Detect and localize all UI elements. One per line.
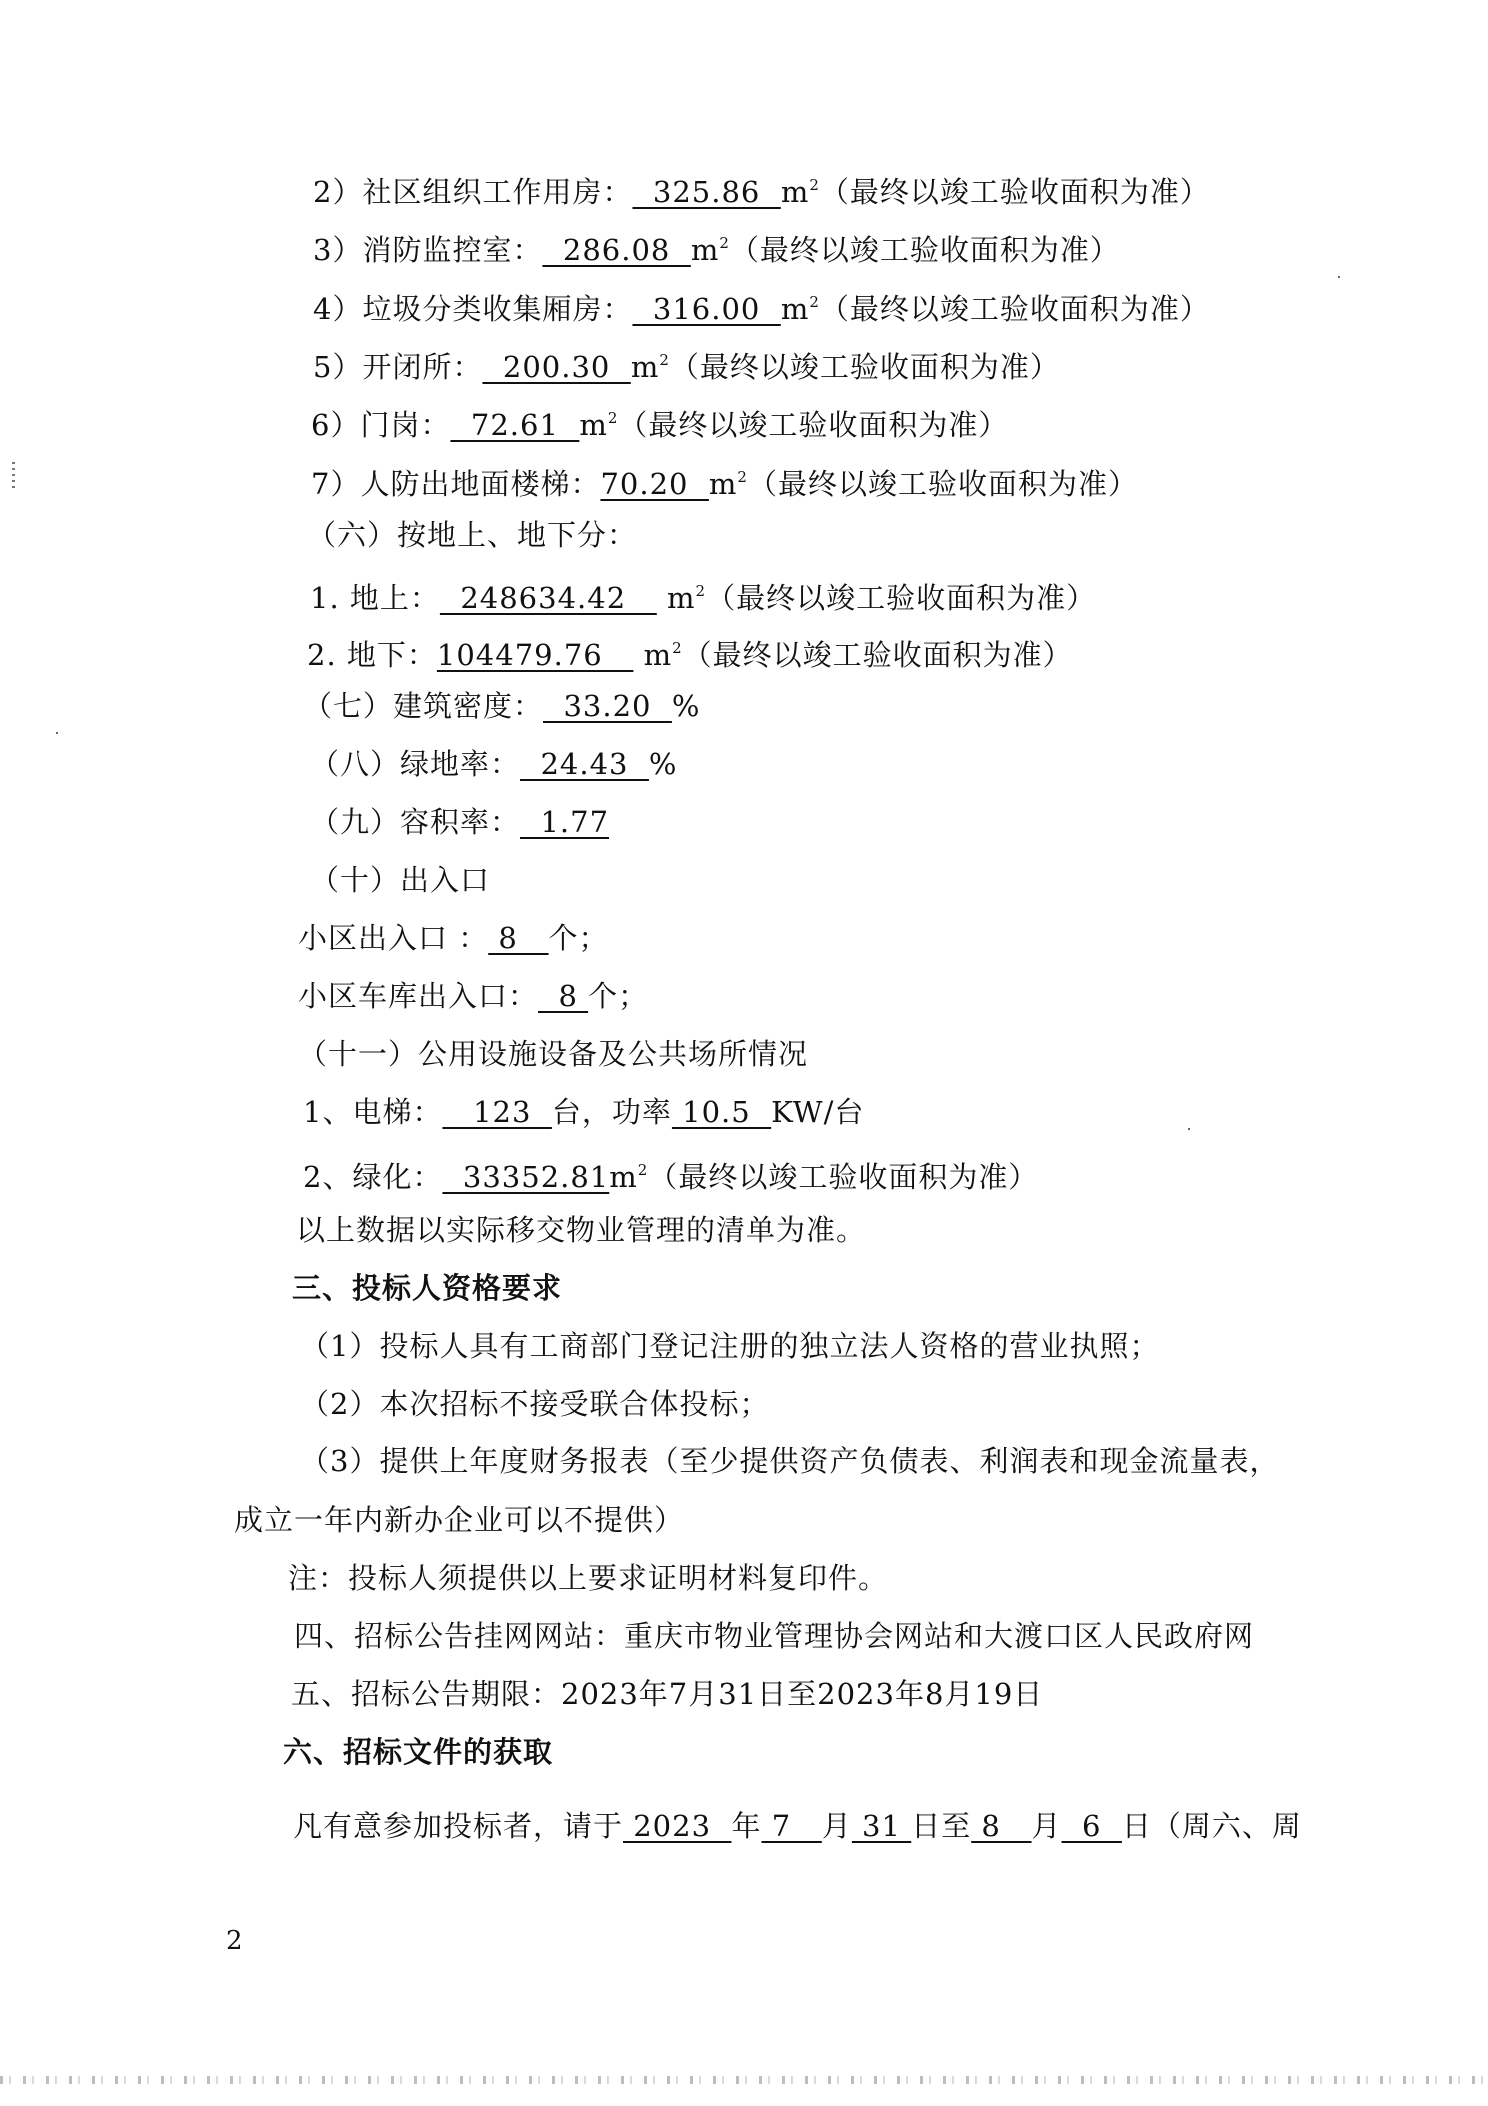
line-text: 7）人防出地面楼梯： bbox=[311, 467, 600, 501]
document-line: 凡有意参加投标者，请于 2023 年 7 月 31 日至 8 月 6 日（周六、… bbox=[293, 1806, 1302, 1846]
line-text: 小区出入口 ： bbox=[298, 921, 488, 955]
superscript: 2 bbox=[719, 234, 730, 252]
document-line: 3）消防监控室： 286.08 m2（最终以竣工验收面积为准） bbox=[313, 223, 1120, 263]
filled-value: 325.86 bbox=[632, 175, 780, 209]
line-text: （最终以竣工验收面积为准） bbox=[648, 1160, 1038, 1194]
scan-speck bbox=[1338, 276, 1340, 278]
line-text: 1、电梯： bbox=[303, 1095, 442, 1129]
filled-value: 72.61 bbox=[450, 408, 579, 442]
filled-value: 248634.42 bbox=[440, 581, 657, 615]
superscript: 2 bbox=[672, 639, 683, 657]
section-heading: 三、投标人资格要求 bbox=[292, 1268, 562, 1308]
line-text: （最终以竣工验收面积为准） bbox=[706, 581, 1096, 615]
line-text: 以上数据以实际移交物业管理的清单为准。 bbox=[296, 1213, 866, 1247]
line-text: m bbox=[691, 233, 720, 267]
document-line: （3）提供上年度财务报表（至少提供资产负债表、利润表和现金流量表， bbox=[300, 1441, 1279, 1481]
line-text: m bbox=[633, 638, 672, 672]
document-line: 2. 地下：104479.76 m2（最终以竣工验收面积为准） bbox=[307, 628, 1073, 668]
document-line: 5）开闭所： 200.30 m2（最终以竣工验收面积为准） bbox=[313, 340, 1060, 380]
line-text: 月 bbox=[822, 1809, 852, 1843]
line-text: m bbox=[709, 467, 738, 501]
line-text: 成立一年内新办企业可以不提供） bbox=[234, 1503, 684, 1537]
line-text: 台，功率 bbox=[552, 1095, 672, 1129]
line-text: 1. 地上： bbox=[310, 581, 440, 615]
document-line: （六）按地上、地下分： bbox=[307, 515, 637, 555]
line-text: 六、招标文件的获取 bbox=[283, 1735, 553, 1769]
line-text: （十）出入口 bbox=[310, 863, 490, 897]
filled-value: 6 bbox=[1062, 1809, 1122, 1843]
document-line: （七）建筑密度： 33.20 % bbox=[303, 686, 700, 726]
scan-margin-marks bbox=[12, 462, 15, 488]
line-text: （最终以竣工验收面积为准） bbox=[683, 638, 1073, 672]
document-line: （1）投标人具有工商部门登记注册的独立法人资格的营业执照； bbox=[300, 1326, 1159, 1366]
line-text: 3）消防监控室： bbox=[313, 233, 542, 267]
line-text: % bbox=[672, 689, 701, 723]
filled-value: 10.5 bbox=[672, 1095, 771, 1129]
page-number: 2 bbox=[226, 1926, 243, 1956]
document-line: （九）容积率： 1.77 bbox=[310, 802, 609, 842]
filled-value: 8 bbox=[971, 1809, 1031, 1843]
line-text: （十一）公用设施设备及公共场所情况 bbox=[298, 1037, 808, 1071]
line-text: 日至 bbox=[911, 1809, 971, 1843]
filled-value: 316.00 bbox=[632, 292, 780, 326]
document-line: （十一）公用设施设备及公共场所情况 bbox=[298, 1034, 808, 1074]
document-line: 小区出入口 ： 8 个； bbox=[298, 918, 609, 958]
filled-value: 33352.81 bbox=[442, 1160, 609, 1194]
line-text: 凡有意参加投标者，请于 bbox=[293, 1809, 623, 1843]
line-text: 三、投标人资格要求 bbox=[292, 1271, 562, 1305]
line-text: （3）提供上年度财务报表（至少提供资产负债表、利润表和现金流量表， bbox=[300, 1444, 1279, 1478]
filled-value: 1.77 bbox=[520, 805, 609, 839]
superscript: 2 bbox=[809, 176, 820, 194]
line-text: （八）绿地率： bbox=[310, 747, 520, 781]
document-line: （八）绿地率： 24.43 % bbox=[310, 744, 677, 784]
filled-value: 70.20 bbox=[600, 467, 708, 501]
line-text: （最终以竣工验收面积为准） bbox=[670, 350, 1060, 384]
line-text: m bbox=[631, 350, 660, 384]
document-line: （十）出入口 bbox=[310, 860, 490, 900]
line-text: 2）社区组织工作用房： bbox=[313, 175, 632, 209]
document-line: 6）门岗： 72.61 m2（最终以竣工验收面积为准） bbox=[311, 398, 1008, 438]
line-text: 2、绿化： bbox=[303, 1160, 442, 1194]
line-text: m bbox=[781, 175, 810, 209]
line-text: 日（周六、周 bbox=[1122, 1809, 1302, 1843]
filled-value: 200.30 bbox=[482, 350, 630, 384]
line-text: m bbox=[781, 292, 810, 326]
filled-value: 31 bbox=[852, 1809, 911, 1843]
document-line: 1、电梯： 123 台，功率 10.5 KW/台 bbox=[303, 1092, 864, 1132]
document-line: 四、招标公告挂网网站：重庆市物业管理协会网站和大渡口区人民政府网 bbox=[294, 1616, 1254, 1656]
line-text: （九）容积率： bbox=[310, 805, 520, 839]
line-text: KW/台 bbox=[771, 1095, 864, 1129]
line-text: （最终以竣工验收面积为准） bbox=[730, 233, 1120, 267]
section-heading: 六、招标文件的获取 bbox=[283, 1732, 553, 1772]
line-text: 2. 地下： bbox=[307, 638, 437, 672]
filled-value: 123 bbox=[442, 1095, 551, 1129]
line-text: （最终以竣工验收面积为准） bbox=[618, 408, 1008, 442]
document-line: 五、招标公告期限：2023年7月31日至2023年8月19日 bbox=[291, 1674, 1043, 1714]
line-text: m bbox=[609, 1160, 638, 1194]
document-line: 以上数据以实际移交物业管理的清单为准。 bbox=[296, 1210, 866, 1250]
line-text: （六）按地上、地下分： bbox=[307, 518, 637, 552]
scan-speck bbox=[1188, 1128, 1190, 1130]
filled-value: 7 bbox=[762, 1809, 822, 1843]
superscript: 2 bbox=[696, 582, 707, 600]
line-text: 月 bbox=[1032, 1809, 1062, 1843]
line-text: 小区车库出入口： bbox=[298, 979, 538, 1013]
superscript: 2 bbox=[638, 1161, 649, 1179]
document-line: 1. 地上： 248634.42 m2（最终以竣工验收面积为准） bbox=[310, 571, 1096, 611]
line-text: （1）投标人具有工商部门登记注册的独立法人资格的营业执照； bbox=[300, 1329, 1159, 1363]
line-text: （最终以竣工验收面积为准） bbox=[820, 175, 1210, 209]
line-text: （最终以竣工验收面积为准） bbox=[748, 467, 1138, 501]
line-text: 5）开闭所： bbox=[313, 350, 482, 384]
line-text: 五、招标公告期限：2023年7月31日至2023年8月19日 bbox=[291, 1677, 1043, 1711]
filled-value: 286.08 bbox=[542, 233, 690, 267]
document-page: 2）社区组织工作用房： 325.86 m2（最终以竣工验收面积为准）3）消防监控… bbox=[0, 0, 1488, 2106]
line-text: 4）垃圾分类收集厢房： bbox=[313, 292, 632, 326]
line-text: （2）本次招标不接受联合体投标； bbox=[300, 1387, 769, 1421]
line-text: 6）门岗： bbox=[311, 408, 450, 442]
filled-value: 33.20 bbox=[543, 689, 672, 723]
superscript: 2 bbox=[737, 468, 748, 486]
filled-value: 104479.76 bbox=[437, 638, 633, 672]
line-text: （七）建筑密度： bbox=[303, 689, 543, 723]
line-text: 个； bbox=[549, 921, 609, 955]
line-text: 年 bbox=[731, 1809, 761, 1843]
superscript: 2 bbox=[608, 409, 619, 427]
line-text: m bbox=[657, 581, 696, 615]
filled-value: 8 bbox=[488, 921, 548, 955]
superscript: 2 bbox=[809, 293, 820, 311]
scan-speck bbox=[56, 732, 58, 734]
superscript: 2 bbox=[659, 351, 670, 369]
document-line: 2）社区组织工作用房： 325.86 m2（最终以竣工验收面积为准） bbox=[313, 165, 1210, 205]
document-line: （2）本次招标不接受联合体投标； bbox=[300, 1384, 769, 1424]
scan-bottom-marks bbox=[0, 2076, 1488, 2084]
line-text: 个； bbox=[588, 979, 648, 1013]
document-line: 注：投标人须提供以上要求证明材料复印件。 bbox=[288, 1558, 888, 1598]
line-text: % bbox=[649, 747, 678, 781]
document-line: 4）垃圾分类收集厢房： 316.00 m2（最终以竣工验收面积为准） bbox=[313, 282, 1210, 322]
document-line: 7）人防出地面楼梯：70.20 m2（最终以竣工验收面积为准） bbox=[311, 457, 1138, 497]
filled-value: 2023 bbox=[623, 1809, 731, 1843]
line-text: 注：投标人须提供以上要求证明材料复印件。 bbox=[288, 1561, 888, 1595]
document-line: 成立一年内新办企业可以不提供） bbox=[234, 1500, 684, 1540]
filled-value: 24.43 bbox=[520, 747, 649, 781]
filled-value: 8 bbox=[538, 979, 588, 1013]
document-line: 2、绿化： 33352.81m2（最终以竣工验收面积为准） bbox=[303, 1150, 1038, 1190]
document-line: 小区车库出入口： 8 个； bbox=[298, 976, 648, 1016]
line-text: （最终以竣工验收面积为准） bbox=[820, 292, 1210, 326]
line-text: m bbox=[579, 408, 608, 442]
line-text: 四、招标公告挂网网站：重庆市物业管理协会网站和大渡口区人民政府网 bbox=[294, 1619, 1254, 1653]
